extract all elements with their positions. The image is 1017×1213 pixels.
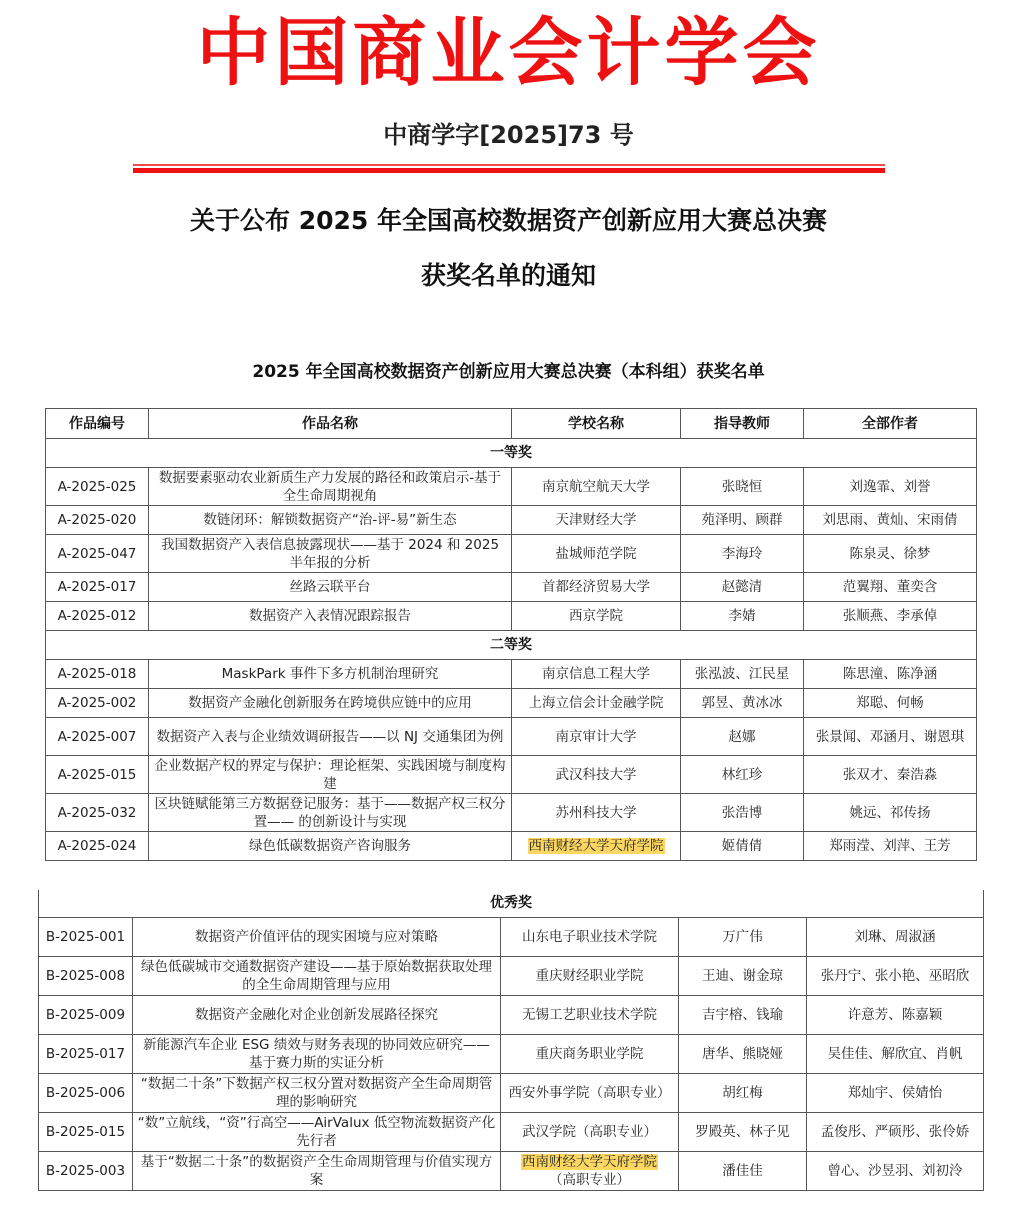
entry-id: A-2025-047: [46, 535, 149, 573]
entry-authors: 郑聪、何畅: [804, 689, 977, 718]
table-row: B-2025-001 数据资产价值评估的现实困境与应对策略 山东电子职业技术学院…: [39, 917, 984, 956]
section-label: 二等奖: [46, 631, 977, 660]
entry-authors: 姚远、祁传扬: [804, 794, 977, 832]
column-header-id: 作品编号: [46, 409, 149, 439]
entry-school: 盐城师范学院: [512, 535, 681, 573]
entry-id: A-2025-025: [46, 468, 149, 506]
table-row: B-2025-006 “数据二十条”下数据产权三权分置对数据资产全生命周期管理的…: [39, 1073, 984, 1112]
table-row: B-2025-008 绿色低碳城市交通数据资产建设——基于原始数据获取处理的全生…: [39, 956, 984, 995]
entry-authors: 刘逸霏、刘誉: [804, 468, 977, 506]
entry-id: A-2025-012: [46, 602, 149, 631]
entry-title: “数”立航线，“资”行高空——AirValux 低空物流数据资产化先行者: [133, 1112, 501, 1151]
entry-advisor: 胡红梅: [679, 1073, 807, 1112]
entry-id: A-2025-002: [46, 689, 149, 718]
column-header-title: 作品名称: [149, 409, 512, 439]
table-row: B-2025-015 “数”立航线，“资”行高空——AirValux 低空物流数…: [39, 1112, 984, 1151]
entry-title: 数据资产价值评估的现实困境与应对策略: [133, 917, 501, 956]
table-row: A-2025-018 MaskPark 事件下多方机制治理研究 南京信息工程大学…: [46, 660, 977, 689]
entry-school: 西安外事学院（高职专业）: [501, 1073, 679, 1112]
entry-school: 西南财经大学天府学院（高职专业）: [501, 1151, 679, 1190]
entry-id: B-2025-003: [39, 1151, 133, 1190]
entry-advisor: 唐华、熊晓娅: [679, 1034, 807, 1073]
entry-school: 重庆商务职业学院: [501, 1034, 679, 1073]
entry-advisor: 万广伟: [679, 917, 807, 956]
section-row-first-prize: 一等奖: [46, 439, 977, 468]
entry-id: A-2025-020: [46, 506, 149, 535]
entry-authors: 曾心、沙昱羽、刘初泠: [807, 1151, 984, 1190]
table-row: A-2025-047 我国数据资产入表信息披露现状——基于 2024 和 202…: [46, 535, 977, 573]
entry-school: 首都经济贸易大学: [512, 573, 681, 602]
entry-id: A-2025-024: [46, 832, 149, 861]
section-row-second-prize: 二等奖: [46, 631, 977, 660]
entry-title: 数据要素驱动农业新质生产力发展的路径和政策启示-基于全生命周期视角: [149, 468, 512, 506]
column-header-advisor: 指导教师: [681, 409, 804, 439]
entry-advisor: 张晓恒: [681, 468, 804, 506]
entry-authors: 郑灿宇、侯婧怡: [807, 1073, 984, 1112]
table-row: A-2025-015 企业数据产权的界定与保护：理论框架、实践困境与制度构建 武…: [46, 756, 977, 794]
entry-school: 武汉学院（高职专业）: [501, 1112, 679, 1151]
entry-authors: 陈思潼、陈净涵: [804, 660, 977, 689]
entry-school: 上海立信会计金融学院: [512, 689, 681, 718]
section-row-excellence-prize: 优秀奖: [39, 890, 984, 917]
entry-title: 区块链赋能第三方数据登记服务：基于——数据产权三权分置—— 的创新设计与实现: [149, 794, 512, 832]
notice-title-line-1: 关于公布 2025 年全国高校数据资产创新应用大赛总决赛: [0, 203, 1017, 239]
entry-title: 绿色低碳数据资产咨询服务: [149, 832, 512, 861]
entry-authors: 吴佳佳、解欣宜、肖帆: [807, 1034, 984, 1073]
entry-title: 数据资产入表与企业绩效调研报告——以 NJ 交通集团为例: [149, 718, 512, 756]
table-row: A-2025-012 数据资产入表情况跟踪报告 西京学院 李婧 张顺燕、李承倬: [46, 602, 977, 631]
organization-name: 中国商业会计学会: [0, 8, 1017, 98]
entry-authors: 张双才、秦浩淼: [804, 756, 977, 794]
table-row: B-2025-009 数据资产金融化对企业创新发展路径探究 无锡工艺职业技术学院…: [39, 995, 984, 1034]
entry-authors: 刘思雨、黄灿、宋雨倩: [804, 506, 977, 535]
entry-title: 数据资产入表情况跟踪报告: [149, 602, 512, 631]
school-suffix: （高职专业）: [549, 1172, 630, 1188]
entry-advisor: 李海玲: [681, 535, 804, 573]
table-header-row: 作品编号 作品名称 学校名称 指导教师 全部作者: [46, 409, 977, 439]
table-row: A-2025-025 数据要素驱动农业新质生产力发展的路径和政策启示-基于全生命…: [46, 468, 977, 506]
entry-id: B-2025-001: [39, 917, 133, 956]
highlighted-school-name: 西南财经大学天府学院: [528, 838, 665, 854]
table-row: A-2025-024 绿色低碳数据资产咨询服务 西南财经大学天府学院 姬倩倩 郑…: [46, 832, 977, 861]
entry-id: B-2025-006: [39, 1073, 133, 1112]
entry-advisor: 王迪、谢金琼: [679, 956, 807, 995]
table-caption: 2025 年全国高校数据资产创新应用大赛总决赛（本科组）获奖名单: [0, 359, 1017, 385]
entry-authors: 范翼翔、董奕含: [804, 573, 977, 602]
entry-school: 山东电子职业技术学院: [501, 917, 679, 956]
entry-advisor: 张浩博: [681, 794, 804, 832]
section-label: 一等奖: [46, 439, 977, 468]
table-row: B-2025-003 基于“数据二十条”的数据资产全生命周期管理与价值实现方案 …: [39, 1151, 984, 1190]
entry-school: 天津财经大学: [512, 506, 681, 535]
entry-school: 苏州科技大学: [512, 794, 681, 832]
entry-authors: 张景闻、邓涵月、谢恩琪: [804, 718, 977, 756]
section-label: 优秀奖: [39, 890, 984, 917]
entry-school: 西南财经大学天府学院: [512, 832, 681, 861]
awards-table-excellence: 优秀奖 B-2025-001 数据资产价值评估的现实困境与应对策略 山东电子职业…: [38, 890, 984, 1191]
red-divider-thick: [133, 168, 885, 173]
entry-id: A-2025-018: [46, 660, 149, 689]
entry-title: MaskPark 事件下多方机制治理研究: [149, 660, 512, 689]
entry-title: 基于“数据二十条”的数据资产全生命周期管理与价值实现方案: [133, 1151, 501, 1190]
entry-id: B-2025-009: [39, 995, 133, 1034]
entry-authors: 孟俊彤、严硕彤、张伶娇: [807, 1112, 984, 1151]
entry-authors: 陈泉灵、徐梦: [804, 535, 977, 573]
entry-school: 无锡工艺职业技术学院: [501, 995, 679, 1034]
table-row: A-2025-017 丝路云联平台 首都经济贸易大学 赵懿清 范翼翔、董奕含: [46, 573, 977, 602]
document-number: 中商学字[2025]73 号: [0, 118, 1017, 152]
entry-id: A-2025-015: [46, 756, 149, 794]
entry-advisor: 苑泽明、顾群: [681, 506, 804, 535]
entry-title: “数据二十条”下数据产权三权分置对数据资产全生命周期管理的影响研究: [133, 1073, 501, 1112]
entry-school: 南京航空航天大学: [512, 468, 681, 506]
notice-title-line-2: 获奖名单的通知: [0, 258, 1017, 294]
entry-advisor: 赵娜: [681, 718, 804, 756]
entry-school: 重庆财经职业学院: [501, 956, 679, 995]
entry-authors: 张丹宁、张小艳、巫昭欣: [807, 956, 984, 995]
table-row: A-2025-007 数据资产入表与企业绩效调研报告——以 NJ 交通集团为例 …: [46, 718, 977, 756]
table-row: A-2025-002 数据资产金融化创新服务在跨境供应链中的应用 上海立信会计金…: [46, 689, 977, 718]
entry-id: B-2025-015: [39, 1112, 133, 1151]
entry-advisor: 潘佳佳: [679, 1151, 807, 1190]
entry-authors: 张顺燕、李承倬: [804, 602, 977, 631]
entry-title: 数据资产金融化对企业创新发展路径探究: [133, 995, 501, 1034]
entry-title: 丝路云联平台: [149, 573, 512, 602]
entry-authors: 刘琳、周淑涵: [807, 917, 984, 956]
awards-table-undergraduate: 作品编号 作品名称 学校名称 指导教师 全部作者 一等奖 A-2025-025 …: [45, 408, 977, 861]
entry-id: A-2025-017: [46, 573, 149, 602]
entry-advisor: 李婧: [681, 602, 804, 631]
highlighted-school-name: 西南财经大学天府学院: [521, 1154, 658, 1170]
entry-title: 企业数据产权的界定与保护：理论框架、实践困境与制度构建: [149, 756, 512, 794]
table-row: B-2025-017 新能源汽车企业 ESG 绩效与财务表现的协同效应研究——基…: [39, 1034, 984, 1073]
table-row: A-2025-032 区块链赋能第三方数据登记服务：基于——数据产权三权分置——…: [46, 794, 977, 832]
entry-title: 我国数据资产入表信息披露现状——基于 2024 和 2025 半年报的分析: [149, 535, 512, 573]
entry-advisor: 郭昱、黄冰冰: [681, 689, 804, 718]
entry-id: B-2025-017: [39, 1034, 133, 1073]
entry-title: 绿色低碳城市交通数据资产建设——基于原始数据获取处理的全生命周期管理与应用: [133, 956, 501, 995]
entry-title: 数据资产金融化创新服务在跨境供应链中的应用: [149, 689, 512, 718]
entry-advisor: 林红珍: [681, 756, 804, 794]
entry-advisor: 姬倩倩: [681, 832, 804, 861]
table-row: A-2025-020 数链闭环：解锁数据资产“治-评-易”新生态 天津财经大学 …: [46, 506, 977, 535]
entry-advisor: 赵懿清: [681, 573, 804, 602]
column-header-school: 学校名称: [512, 409, 681, 439]
red-divider-thin: [133, 164, 885, 166]
entry-authors: 许意芳、陈嘉颖: [807, 995, 984, 1034]
entry-school: 南京信息工程大学: [512, 660, 681, 689]
entry-title: 新能源汽车企业 ESG 绩效与财务表现的协同效应研究——基于赛力斯的实证分析: [133, 1034, 501, 1073]
entry-advisor: 罗殿英、林子见: [679, 1112, 807, 1151]
entry-advisor: 张泓波、江民星: [681, 660, 804, 689]
entry-id: A-2025-032: [46, 794, 149, 832]
entry-id: B-2025-008: [39, 956, 133, 995]
entry-school: 南京审计大学: [512, 718, 681, 756]
entry-id: A-2025-007: [46, 718, 149, 756]
entry-advisor: 吉宇榕、钱瑜: [679, 995, 807, 1034]
entry-school: 武汉科技大学: [512, 756, 681, 794]
column-header-authors: 全部作者: [804, 409, 977, 439]
entry-school: 西京学院: [512, 602, 681, 631]
entry-title: 数链闭环：解锁数据资产“治-评-易”新生态: [149, 506, 512, 535]
entry-authors: 郑雨滢、刘萍、王芳: [804, 832, 977, 861]
